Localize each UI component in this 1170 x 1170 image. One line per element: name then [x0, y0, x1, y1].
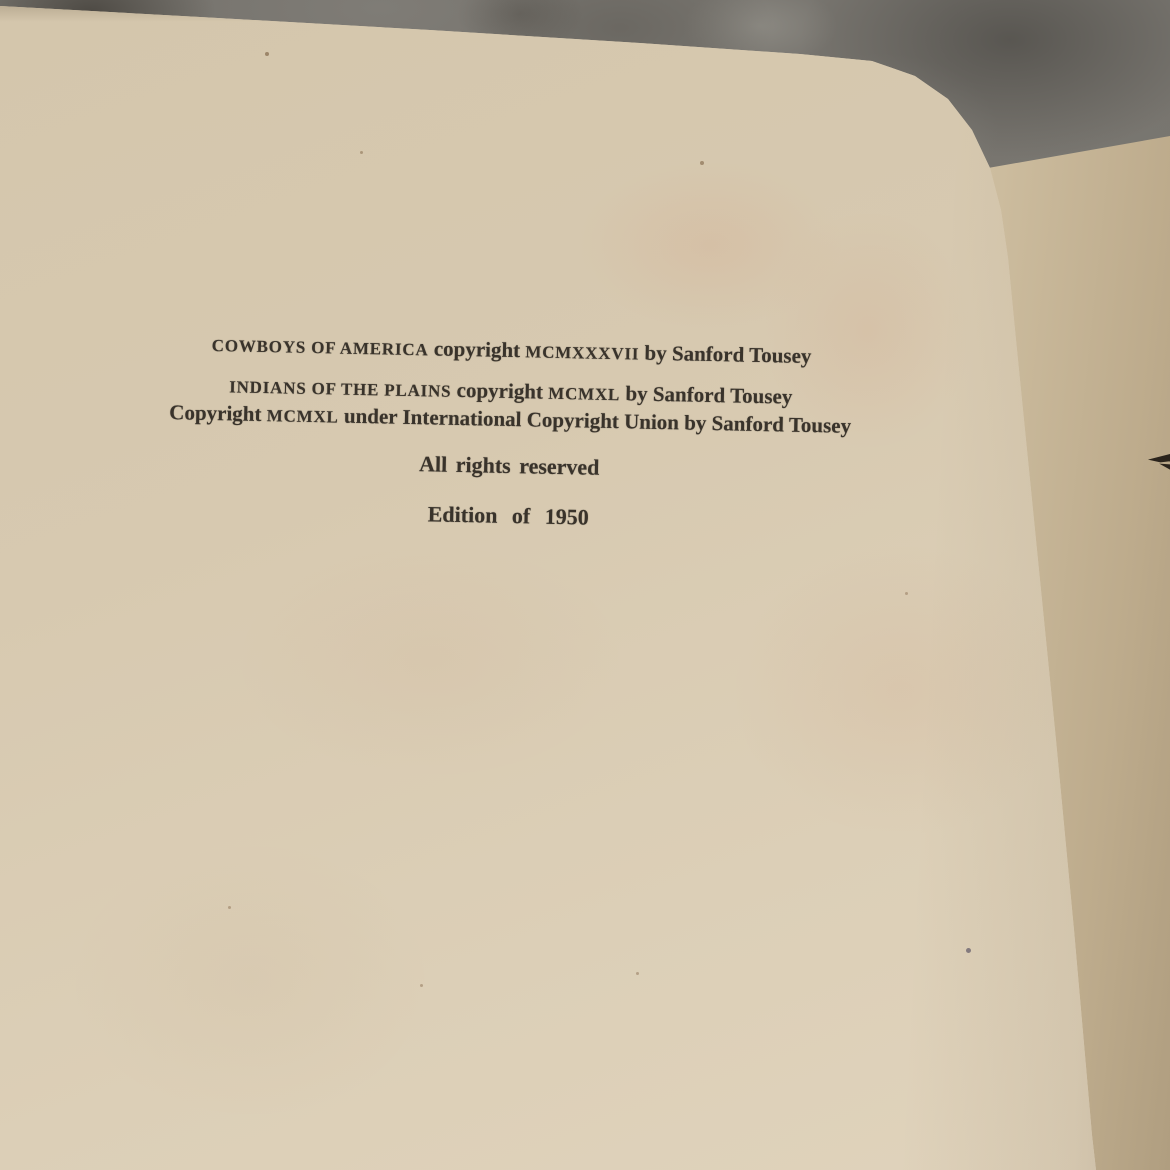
copyright-line-cowboys: COWBOYS OF AMERICA copyright MCMXXXVII b… — [1, 328, 1021, 373]
copyright-word: Copyright — [169, 400, 267, 426]
book-title-indians: INDIANS OF THE PLAINS — [229, 377, 452, 400]
author-credit: by Sanford Tousey — [639, 341, 812, 368]
foxing-speck — [228, 906, 231, 909]
foxing-speck — [636, 972, 639, 975]
edition-line: Edition of 1950 — [0, 493, 1018, 539]
foxing-speck — [420, 984, 423, 987]
all-rights-reserved-text: All rights reserved — [419, 451, 600, 480]
copyright-word: copyright — [451, 378, 548, 404]
roman-year-1940: MCMXL — [548, 384, 620, 404]
roman-year-1940: MCMXL — [267, 406, 339, 426]
foxing-speck — [966, 948, 971, 953]
book-photo: COWBOYS OF AMERICA copyright MCMXXXVII b… — [0, 0, 1170, 1170]
author-credit: by Sanford Tousey — [620, 381, 793, 408]
rights-line: All rights reserved — [0, 443, 1019, 489]
copyright-text-block: COWBOYS OF AMERICA copyright MCMXXXVII b… — [0, 0, 1029, 610]
edition-of-1950-text: Edition of 1950 — [428, 501, 590, 529]
copyright-word: copyright — [428, 336, 525, 362]
roman-year-1937: MCMXXXVII — [525, 342, 639, 363]
book-title-cowboys: COWBOYS OF AMERICA — [212, 336, 429, 359]
